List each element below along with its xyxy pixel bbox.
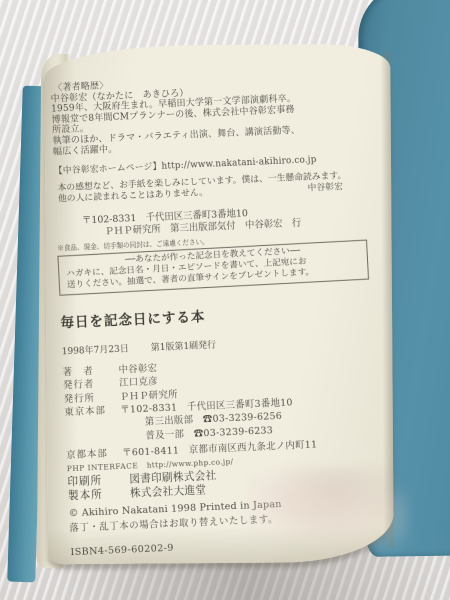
author-profile: 〈著者略歴〉 中谷彰宏（なかたに あきひろ） 1959年、大阪府生まれ。早稲田大… [50, 70, 371, 158]
colophon-block: 著 者中谷彰宏 発行者江口克彦 発行所ＰＨＰ研究所 東京本部〒102-8331 … [62, 352, 386, 503]
author-signature: 中谷彰宏 [307, 182, 343, 195]
book-colophon-photo: 〈著者略歴〉 中谷彰宏（なかたに あきひろ） 1959年、大阪府生まれ。早稲田大… [0, 0, 450, 600]
book-title: 毎日を記念日にする本 [60, 297, 379, 331]
edition-printing: 第1版第1刷発行 [151, 340, 217, 353]
colophon-page: 〈著者略歴〉 中谷彰宏（なかたに あきひろ） 1959年、大阪府生まれ。早稲田大… [44, 44, 394, 564]
printed-text: 〈著者略歴〉 中谷彰宏（なかたに あきひろ） 1959年、大阪府生まれ。早稲田大… [50, 70, 389, 561]
edition-line: 1998年7月23日第1版第1刷発行 [61, 330, 379, 357]
letter-invitation: 本の感想など、お手紙を楽しみにしています。僕は、一生懸命読みます。 他の人に読ま… [57, 170, 373, 206]
edition-date: 1998年7月23日 [62, 344, 129, 357]
isbn-line: ISBN4-569-60202-9 [70, 533, 388, 558]
